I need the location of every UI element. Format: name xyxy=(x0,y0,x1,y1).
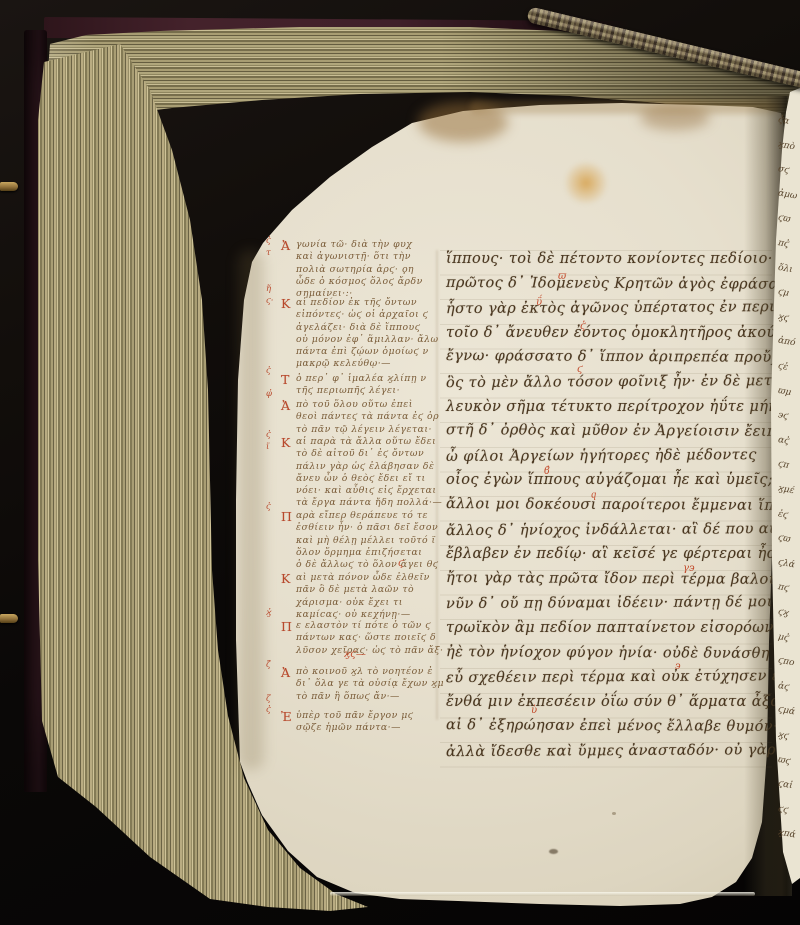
right-page-text-fragment: ϶ϛ xyxy=(777,410,789,422)
right-page-text-fragment: ϛμά xyxy=(777,705,795,718)
right-page-text-fragment: ϗπὸ xyxy=(777,139,795,152)
right-page-text-fragment: ϛϖ xyxy=(777,533,791,545)
right-page-text-fragment: ἐϛ xyxy=(777,509,788,521)
right-page-text-fragment: ϛαἰ xyxy=(777,779,793,791)
right-page-text-fragment: ϗϛ xyxy=(777,312,789,324)
right-page-text-fragment: ϛϗ xyxy=(777,607,789,619)
right-page-text-fragment: ἀμω xyxy=(777,188,798,201)
right-page-text-fragment: πϛ̓ xyxy=(777,238,790,250)
right-page-text-fragment: ϛϛ xyxy=(777,804,789,816)
right-page-text-fragment: ϛλά xyxy=(777,557,795,570)
page-bottom-edge-highlight xyxy=(330,892,755,896)
right-page-text-fragment: ϗπά xyxy=(777,828,796,841)
right-page-text-fragment: ἀπό xyxy=(777,336,796,349)
right-page-text-fragment: ϗϛ xyxy=(777,730,789,742)
right-page-text-fragment: ϖμ xyxy=(777,386,792,398)
right-page-text-fragment: ϖϛ xyxy=(777,755,791,767)
right-page-text-fragment: ϛπο xyxy=(777,656,795,669)
right-page-text-fragments: ϛ̓αϗπὸσϛἀμωϛϖπϛ̓ὅλιϛμϗϛἀπόϛἐϖμ϶ϛαϛ̓ϛπϗμέ… xyxy=(0,0,800,925)
right-page-text-fragment: ϛϖ xyxy=(777,213,791,225)
right-page-text-fragment: ϛἐ xyxy=(777,361,788,373)
right-page-text-fragment: ϛπ xyxy=(777,460,790,472)
right-page-text-fragment: ὅλι xyxy=(777,262,793,274)
right-page-text-fragment: ϛ̓α xyxy=(777,115,790,127)
right-page-text-fragment: σϛ xyxy=(777,164,790,176)
right-page-text-fragment: ϛμ xyxy=(777,287,789,299)
right-page-text-fragment: μϛ̓ xyxy=(777,632,789,644)
right-page-text-fragment: αϛ̓ xyxy=(777,435,790,447)
right-page-text-fragment: πϛ xyxy=(777,583,790,595)
manuscript-photo: ϛ̓τἥϛ·ϛ̔φ̓ϛ̓ϊϛ̔ϗ̔ζ̔ζϛ̓ Ἀγωνία τῶ· διὰ τὴ… xyxy=(0,0,800,925)
right-page-text-fragment: ἀϛ xyxy=(777,681,790,693)
right-page-text-fragment: ϗμέ xyxy=(777,484,795,497)
